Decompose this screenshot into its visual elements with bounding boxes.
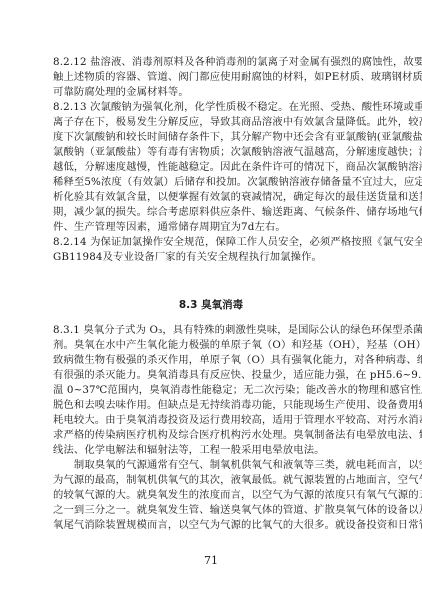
- gas-source-line-3: 的较氧气源的大。就臭氧发生的浓度而言，以空气为气源的浓度只有氧气气源的五分: [53, 488, 371, 503]
- clause-8-3-1-line-4: 有很强的杀灭能力。臭氧消毒具有反应快、投量少，适应能力强，在 pH5.6~9.8…: [53, 368, 371, 383]
- document-page: 8.2.12 盐溶液、消毒剂原料及各种消毒剂的氯离子对金属有强烈的腐蚀性，故要求…: [0, 0, 422, 596]
- clause-8-2-13-line-3: 度下次氯酸钠和较长时间储存条件下，其分解产物中还会含有亚氯酸钠(亚氯酸盐)和: [53, 130, 371, 145]
- gas-source-line-5: 氧尾气消除装置规模而言，以空气为气源的比氧气的大很多。就设备投资和日常管理: [53, 518, 371, 533]
- clause-8-3-1-line-7: 耗电较大。由于臭氧消毒投资及运行费用较高，适用于管理水平较高、对污水消毒要: [53, 413, 371, 428]
- clause-8-2-14-line-2: GB11984及专业设备厂家的有关安全规程执行加氯操作。: [53, 250, 371, 265]
- clause-8-2-12-line-3: 可靠防腐处理的金属材料等。: [53, 85, 371, 100]
- clause-8-2-13-line-5: 越低，分解速度越慢，性能越稳定。因此在条件许可的情况下，商品次氯酸钠溶液宜: [53, 160, 371, 175]
- gas-source-line-4: 之一到三分之一。就臭氧发生管、输送臭氧气体的管道、扩散臭氧气体的设备以及臭: [53, 503, 371, 518]
- clause-8-3-1-line-1: 8.3.1 臭氧分子式为 O₃，具有特殊的刺激性臭味，是国际公认的绿色环保型杀菌…: [53, 323, 371, 338]
- clause-8-3-1-line-9: 线法、化学电解法和辐射法等，工程一般采用电晕放电法。: [53, 443, 371, 458]
- clause-8-3-1-line-3: 致病微生物有极强的杀灭作用，单原子氧（O）具有强氧化能力，对各种病毒、细菌均: [53, 353, 371, 368]
- gas-source-line-2: 为气源的最高，制氧机供氧气的其次，液氧最低。就气源装置的占地面言，空气气源: [53, 473, 371, 488]
- clause-8-2-13-line-7: 析化验其有效氯含量，以便掌握有效氯的衰减情况，确定每次的最佳送货量和送货周: [53, 190, 371, 205]
- section-heading: 8.3 臭氧消毒: [0, 297, 422, 312]
- clause-8-2-13-line-9: 件、生产管理等因素，通常储存周期宜为7d左右。: [53, 220, 371, 235]
- clause-8-3-1-line-6: 脱色和去嗅去味作用。但缺点是无持续消毒功能，只能现场生产使用、设备费用较高、: [53, 398, 371, 413]
- clause-8-2-12-line-1: 8.2.12 盐溶液、消毒剂原料及各种消毒剂的氯离子对金属有强烈的腐蚀性，故要求…: [53, 55, 371, 70]
- page-number: 71: [0, 554, 422, 567]
- clause-8-3-1-line-8: 求严格的传染病医疗机构及综合医疗机构污水处理。臭氧制备法有电晕放电法、紫外: [53, 428, 371, 443]
- clause-8-2-13-line-4: 氯酸钠（亚氯酸盐）等有毒有害物质；次氯酸钠溶液气温越高，分解速度越快；浓度: [53, 145, 371, 160]
- clause-8-2-13-line-2: 离子存在下，极易发生分解反应，导致其商品溶液中有效氯含量降低。此外，较高温: [53, 115, 371, 130]
- clause-8-2-13-line-1: 8.2.13 次氯酸钠为强氧化剂，化学性质极不稳定。在光照、受热、酸性环境或重金…: [53, 100, 371, 115]
- clause-8-2-13-line-8: 期，减少氯的损失。综合考虑原料供应条件、输送距离、气候条件、储存场地气候条: [53, 205, 371, 220]
- clause-8-2-12-line-2: 触上述物质的容器、管道、阀门都应使用耐腐蚀的材料，如PE材质、玻璃钢材质及经: [53, 70, 371, 85]
- clause-8-2-14-line-1: 8.2.14 为保证加氯操作安全规范，保障工作人员安全，必须严格按照《氯气安全规…: [53, 235, 371, 250]
- clause-8-3-1-line-2: 剂。臭氧在水中产生氧化能力极强的单原子氧（O）和羟基（OH），羟基（OH）对各种: [53, 338, 371, 353]
- gas-source-line-1: 制取臭氧的气源通常有空气、制氧机供氧气和液氧等三类，就电耗而言，以空气: [53, 458, 371, 473]
- clause-8-2-13-line-6: 稀释至5%浓度（有效氯）后储存和投加。次氯酸钠溶液存储备量不宜过大，应定期分: [53, 175, 371, 190]
- clause-8-3-1-line-5: 温 0~37℃范围内，臭氧消毒性能稳定；无二次污染；能改善水的物理和感官性质，有: [53, 383, 371, 398]
